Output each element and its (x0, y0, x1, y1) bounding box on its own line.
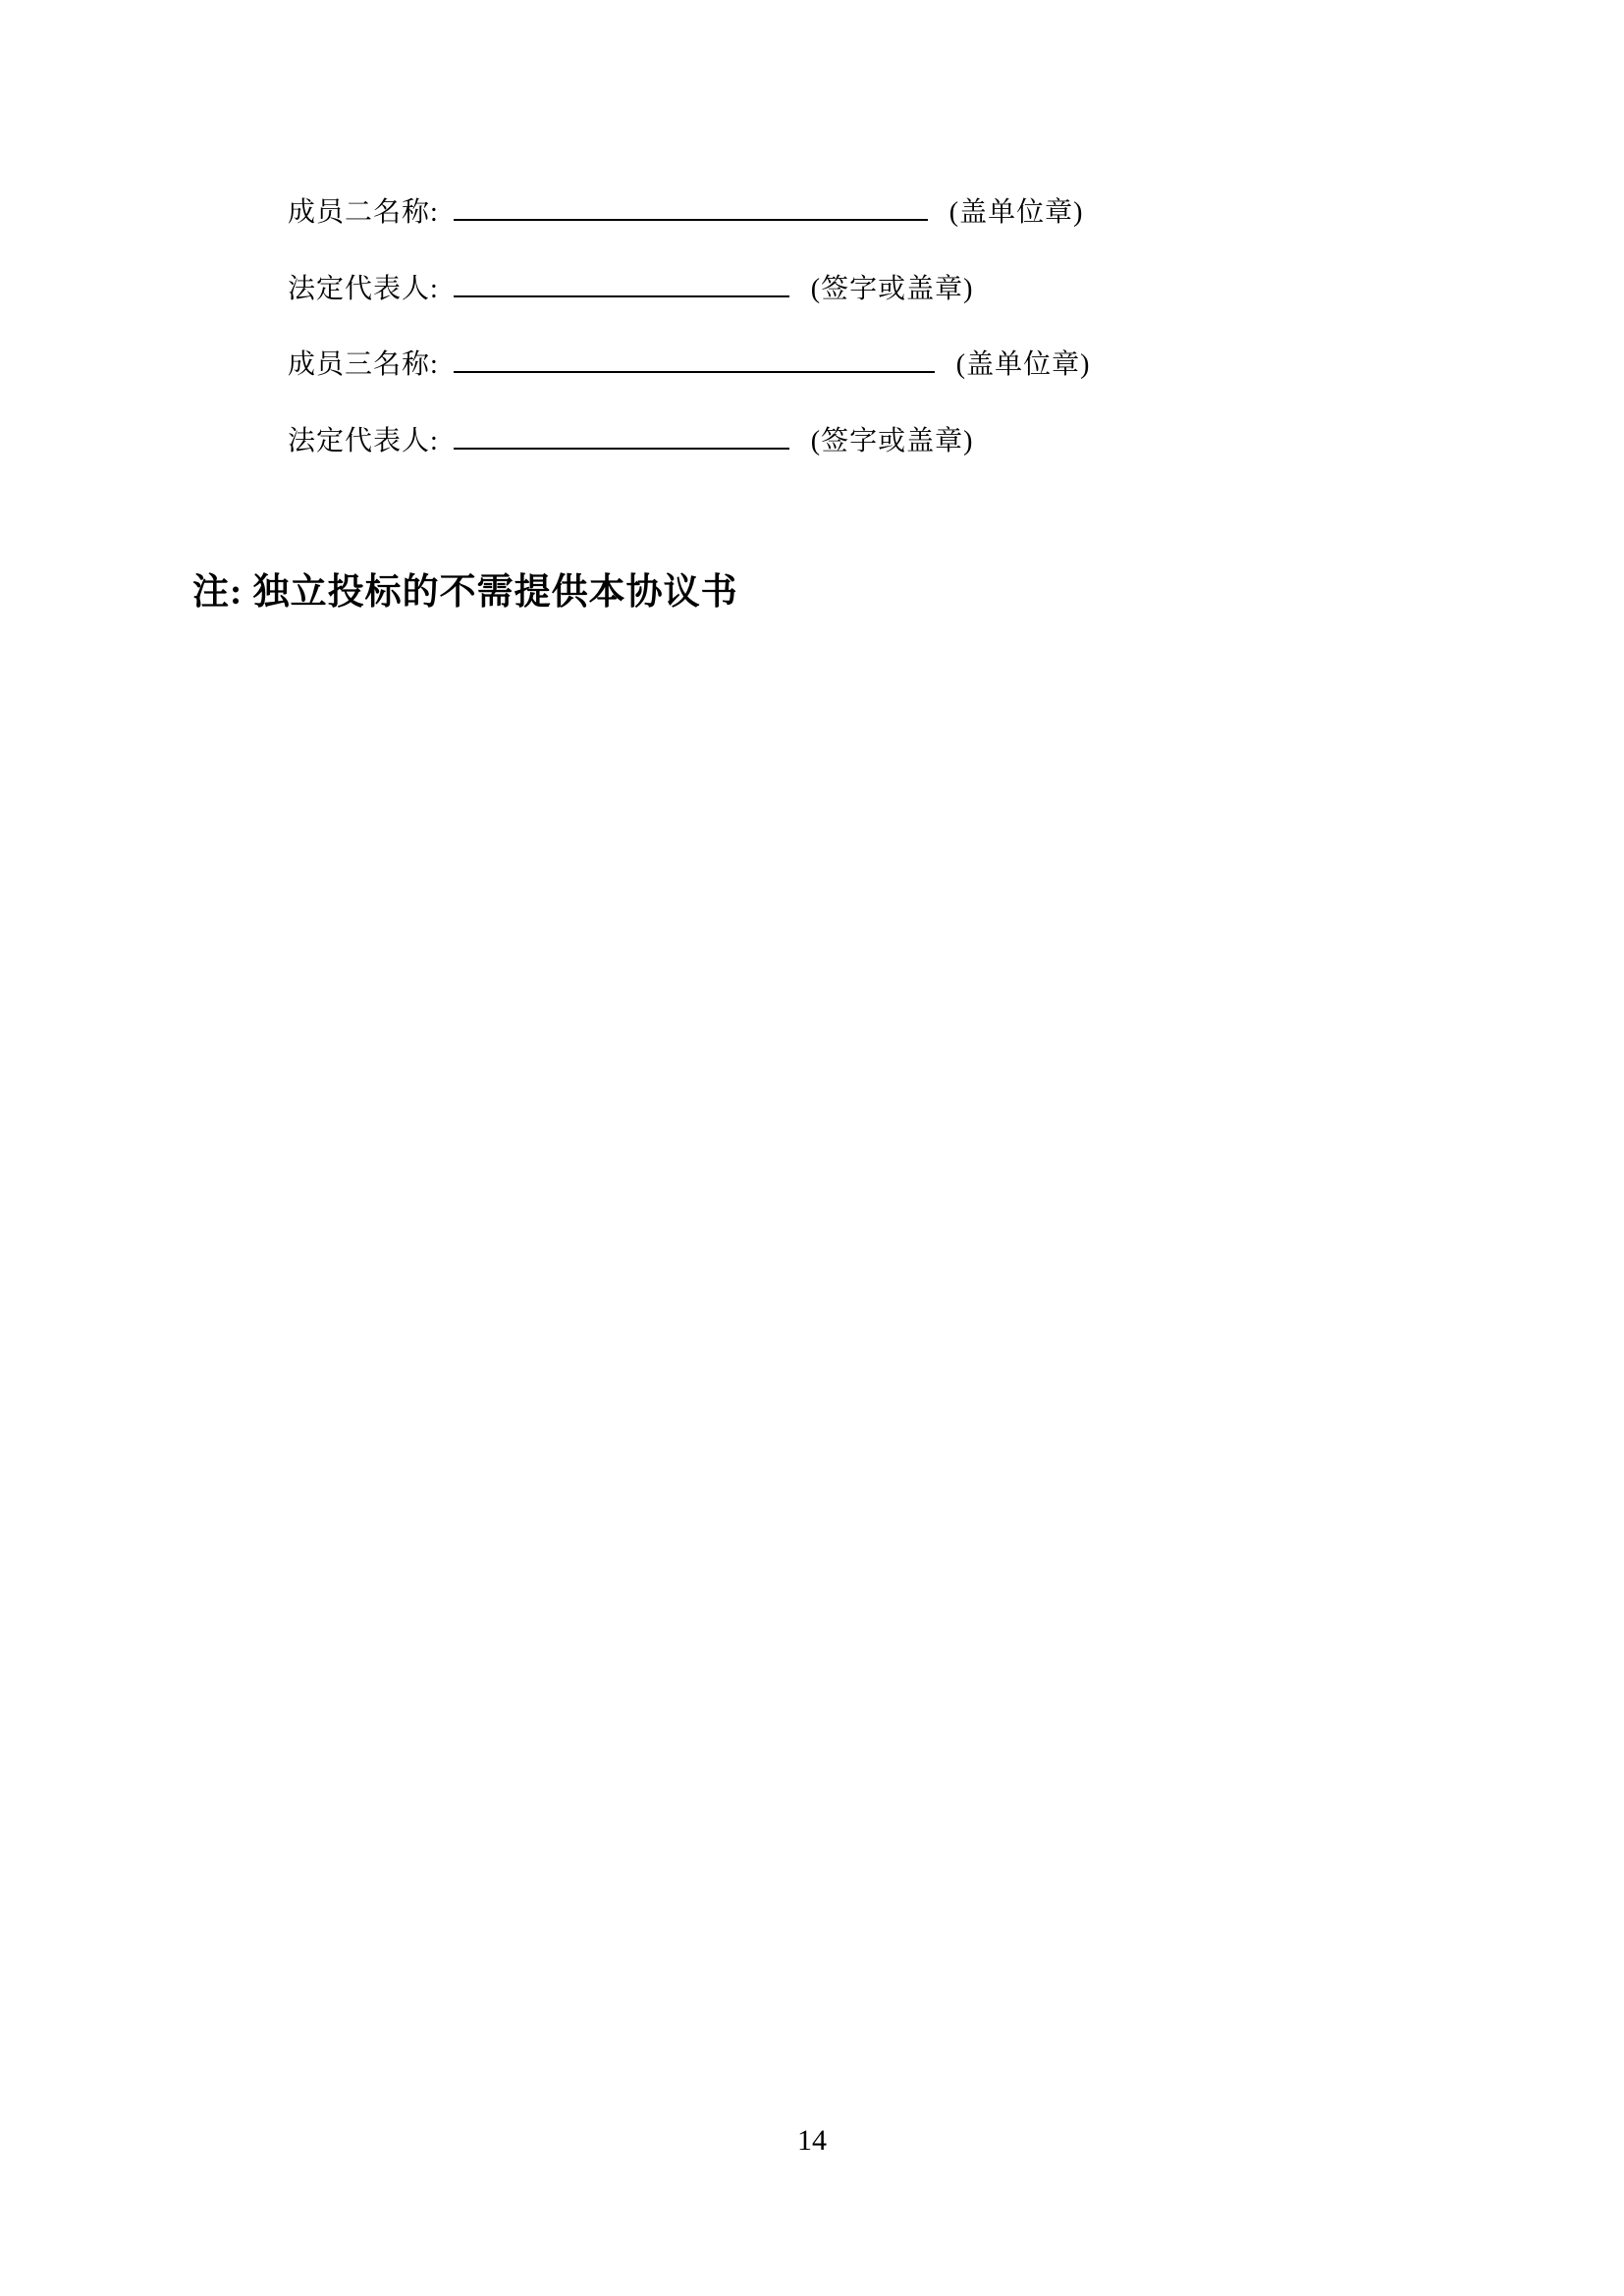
member3-name-seal-hint: (盖单位章) (956, 348, 1091, 382)
page-number: 14 (0, 2123, 1624, 2159)
form-row-member3-representative: 法定代表人: (签字或盖章) (288, 425, 973, 458)
member2-name-blank-line (454, 218, 928, 221)
form-row-member2-representative: 法定代表人: (签字或盖章) (288, 273, 973, 306)
member2-representative-blank-line (454, 294, 789, 297)
member3-name-label: 成员三名称: (288, 348, 439, 382)
member2-name-label: 成员二名称: (288, 196, 439, 230)
form-row-member2-name: 成员二名称: (盖单位章) (288, 196, 1083, 230)
member3-representative-label: 法定代表人: (288, 425, 439, 458)
member3-representative-sign-hint: (签字或盖章) (811, 425, 974, 458)
form-row-member3-name: 成员三名称: (盖单位章) (288, 348, 1090, 382)
member3-representative-blank-line (454, 447, 789, 450)
member2-representative-sign-hint: (签字或盖章) (811, 273, 974, 306)
member2-representative-label: 法定代表人: (288, 273, 439, 306)
independent-bid-note: 注: 独立投标的不需提供本协议书 (192, 561, 738, 614)
member2-name-seal-hint: (盖单位章) (949, 196, 1084, 230)
document-page: 成员二名称: (盖单位章) 法定代表人: (签字或盖章) 成员三名称: (盖单位… (0, 0, 1624, 2296)
member3-name-blank-line (454, 370, 935, 373)
